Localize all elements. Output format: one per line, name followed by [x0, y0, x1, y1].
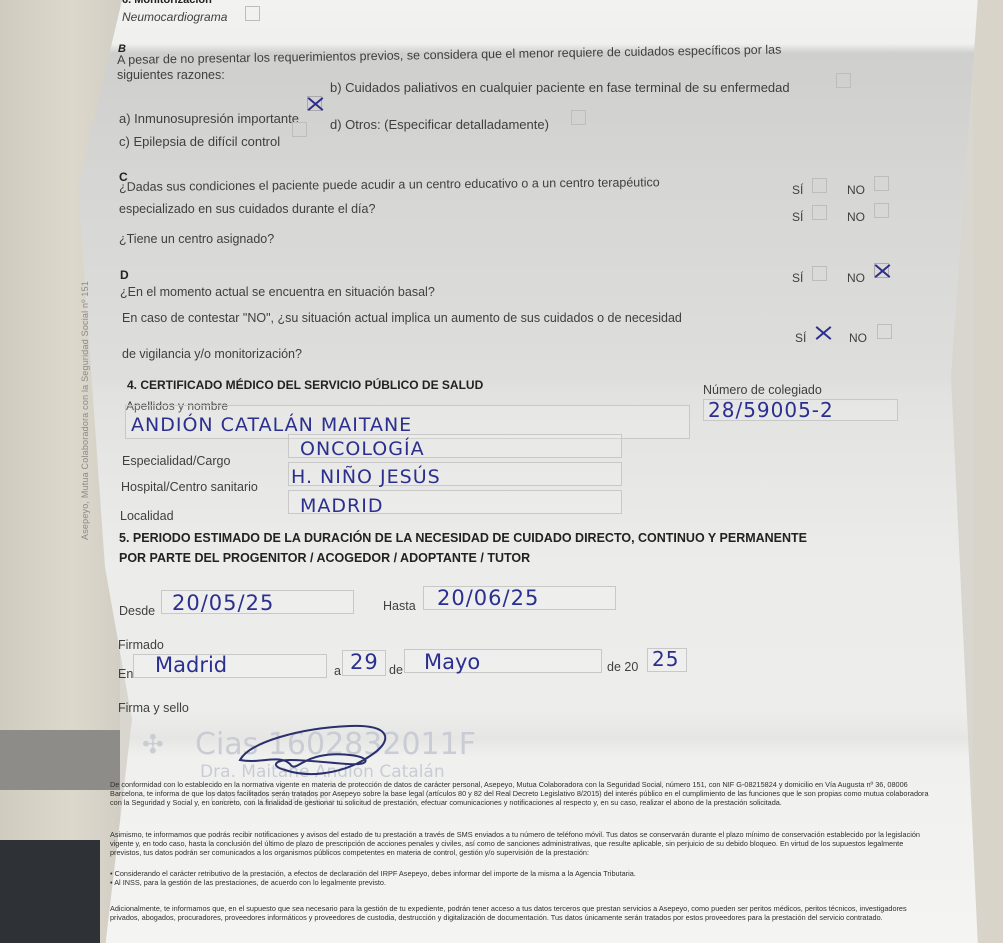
option-c-label: c) Epilepsia de difícil control	[119, 134, 280, 149]
d1-yes-checkbox[interactable]	[812, 266, 827, 281]
firmado-label: Firmado	[118, 638, 164, 652]
hasta-label: Hasta	[383, 599, 416, 613]
en-value: Madrid	[155, 653, 227, 677]
section-b-intro-2: siguientes razones:	[117, 68, 225, 82]
option-d-label: d) Otros: (Especificar detalladamente)	[330, 117, 549, 132]
colegiado-value: 28/59005-2	[708, 398, 834, 422]
colegiado-label: Número de colegiado	[703, 383, 822, 397]
year-label: de 20	[607, 660, 638, 674]
d2-yes-checkbox[interactable]	[815, 325, 830, 340]
section-5-title: 5. PERIODO ESTIMADO DE LA DURACIÓN DE LA…	[119, 531, 807, 545]
neumocardiograma-label: Neumocardiograma	[122, 10, 227, 24]
c2-yes-checkbox[interactable]	[812, 205, 827, 220]
d1-no-checkbox[interactable]	[874, 263, 889, 278]
option-a-label: a) Inmunosupresión importante	[119, 111, 299, 126]
en-label: En	[118, 667, 133, 681]
legal-bullet-1-text: Considerando el carácter retributivo de …	[115, 869, 636, 878]
a-label: a	[334, 664, 341, 678]
d2-no-label: NO	[849, 331, 867, 345]
neumocardiograma-checkbox[interactable]	[245, 6, 260, 21]
option-c-checkbox[interactable]	[292, 122, 307, 137]
hasta-value: 20/06/25	[437, 586, 539, 610]
legal-paragraph-2: Asimismo, te informamos que podrás recib…	[110, 830, 930, 857]
signature-scribble	[230, 722, 400, 780]
option-a-checkbox[interactable]	[307, 96, 322, 111]
day-value: 29	[350, 650, 379, 674]
c2-no-label: NO	[847, 210, 865, 224]
option-b-label: b) Cuidados paliativos en cualquier paci…	[330, 80, 790, 95]
section-d-question-1: ¿En el momento actual se encuentra en si…	[120, 285, 435, 299]
c2-yes-label: SÍ	[792, 210, 803, 224]
c1-no-checkbox[interactable]	[874, 176, 889, 191]
section-4-title: 4. CERTIFICADO MÉDICO DEL SERVICIO PÚBLI…	[127, 378, 483, 392]
background-shelf	[0, 730, 120, 790]
c1-yes-checkbox[interactable]	[812, 178, 827, 193]
especialidad-label: Especialidad/Cargo	[122, 454, 230, 468]
firma-label: Firma y sello	[118, 701, 189, 715]
hospital-value: H. NIÑO JESÚS	[291, 466, 441, 488]
background-right	[973, 0, 1003, 943]
especialidad-value: ONCOLOGÍA	[300, 438, 425, 460]
legal-bullet-2-text: Al INSS, para la gestión de las prestaci…	[114, 878, 386, 887]
section-c-question-1-cont: especializado en sus cuidados durante el…	[119, 202, 375, 216]
localidad-label: Localidad	[120, 509, 174, 523]
section-d-question-2-cont: de vigilancia y/o monitorización?	[122, 347, 302, 361]
stamp-logo-icon: ✣	[142, 730, 164, 760]
d2-yes-label: SÍ	[795, 331, 806, 345]
legal-paragraph-3: Adicionalmente, te informamos que, en el…	[110, 904, 930, 922]
legal-bullet-1: • Considerando el carácter retributivo d…	[110, 869, 930, 878]
desde-label: Desde	[119, 604, 155, 618]
section-c-question-2: ¿Tiene un centro asignado?	[119, 232, 274, 246]
section-d-question-2: En caso de contestar "NO", ¿su situación…	[122, 311, 682, 325]
de-label: de	[389, 663, 403, 677]
option-b-checkbox[interactable]	[836, 73, 851, 88]
legal-paragraph-1: De conformidad con lo establecido en la …	[110, 780, 930, 807]
name-value: ANDIÓN CATALÁN MAITANE	[131, 414, 412, 436]
section-6-heading-cut: 6. Monitorización	[122, 0, 212, 6]
desde-value: 20/05/25	[172, 591, 274, 615]
month-value: Mayo	[424, 650, 480, 674]
option-d-checkbox[interactable]	[571, 110, 586, 125]
c2-no-checkbox[interactable]	[874, 203, 889, 218]
c1-no-label: NO	[847, 183, 865, 197]
background-dark-object	[0, 840, 100, 943]
section-d-letter: D	[120, 268, 129, 282]
hospital-label: Hospital/Centro sanitario	[121, 480, 258, 494]
d2-no-checkbox[interactable]	[877, 324, 892, 339]
localidad-value: MADRID	[300, 495, 383, 517]
d1-yes-label: SÍ	[792, 271, 803, 285]
section-5-title-2: POR PARTE DEL PROGENITOR / ACOGEDOR / AD…	[119, 551, 530, 565]
legal-bullet-2: • Al INSS, para la gestión de las presta…	[110, 878, 930, 887]
side-vertical-text: Asepeyo, Mutua Colaboradora con la Segur…	[80, 281, 90, 540]
d1-no-label: NO	[847, 271, 865, 285]
c1-yes-label: SÍ	[792, 183, 803, 197]
year-value: 25	[652, 647, 679, 671]
